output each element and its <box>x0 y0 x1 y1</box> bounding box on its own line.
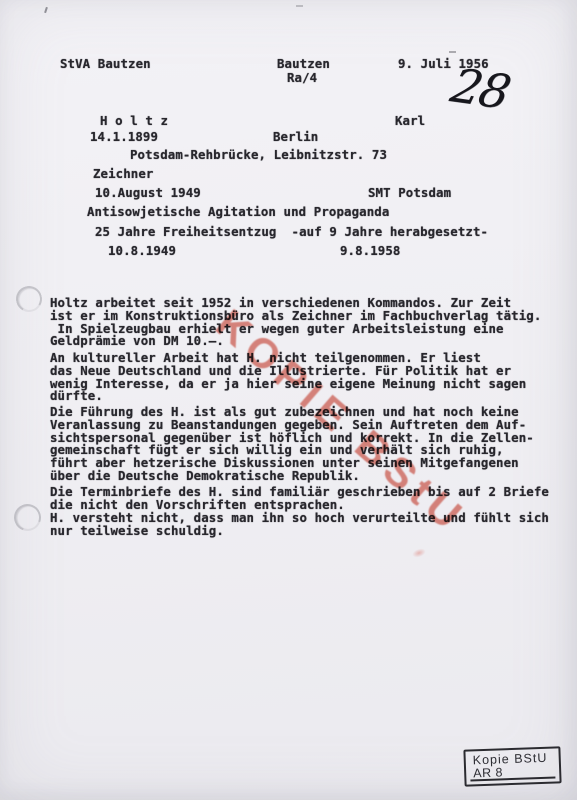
scan-artifact <box>449 51 456 53</box>
term-from: 10.8.1949 <box>108 245 176 258</box>
scan-artifact <box>44 7 48 13</box>
punch-hole <box>10 500 46 536</box>
scan-artifact <box>296 5 303 7</box>
scan-artifact-red <box>411 547 427 559</box>
term-to: 9.8.1958 <box>340 245 400 258</box>
court: SMT Potsdam <box>368 187 451 200</box>
paragraph-conduct: Die Führung des H. ist als gut zubezeich… <box>50 406 534 483</box>
scanned-document-page: StVA Bautzen Bautzen Ra/4 9. Juli 1956 2… <box>0 0 577 800</box>
handwritten-page-number: 28 <box>447 63 514 117</box>
office-place: Bautzen <box>277 58 330 71</box>
kopie-bstu-box-stamp: Kopie BStU AR 8 <box>463 746 561 786</box>
address: Potsdam-Rehbrücke, Leibnitzstr. 73 <box>130 149 387 162</box>
sentence-date: 10.August 1949 <box>95 187 201 200</box>
occupation: Zeichner <box>93 168 153 181</box>
birth-date: 14.1.1899 <box>90 131 158 144</box>
box-stamp-line1: Kopie BStU <box>473 750 559 767</box>
punch-hole <box>13 283 45 315</box>
prisoner-last-name: H o l t z <box>100 115 168 128</box>
charge: Antisowjetische Agitation und Propaganda <box>87 206 389 219</box>
prisoner-first-name: Karl <box>395 115 425 128</box>
paragraph-conclusion: H. versteht nicht, dass man ihn so hoch … <box>50 512 549 538</box>
paragraph-work: Holtz arbeitet seit 1952 in verschiedene… <box>50 297 541 348</box>
ref-code: Ra/4 <box>287 72 317 85</box>
birth-place: Berlin <box>273 131 318 144</box>
org-name: StVA Bautzen <box>60 58 151 71</box>
sentence: 25 Jahre Freiheitsentzug -auf 9 Jahre he… <box>95 226 488 239</box>
